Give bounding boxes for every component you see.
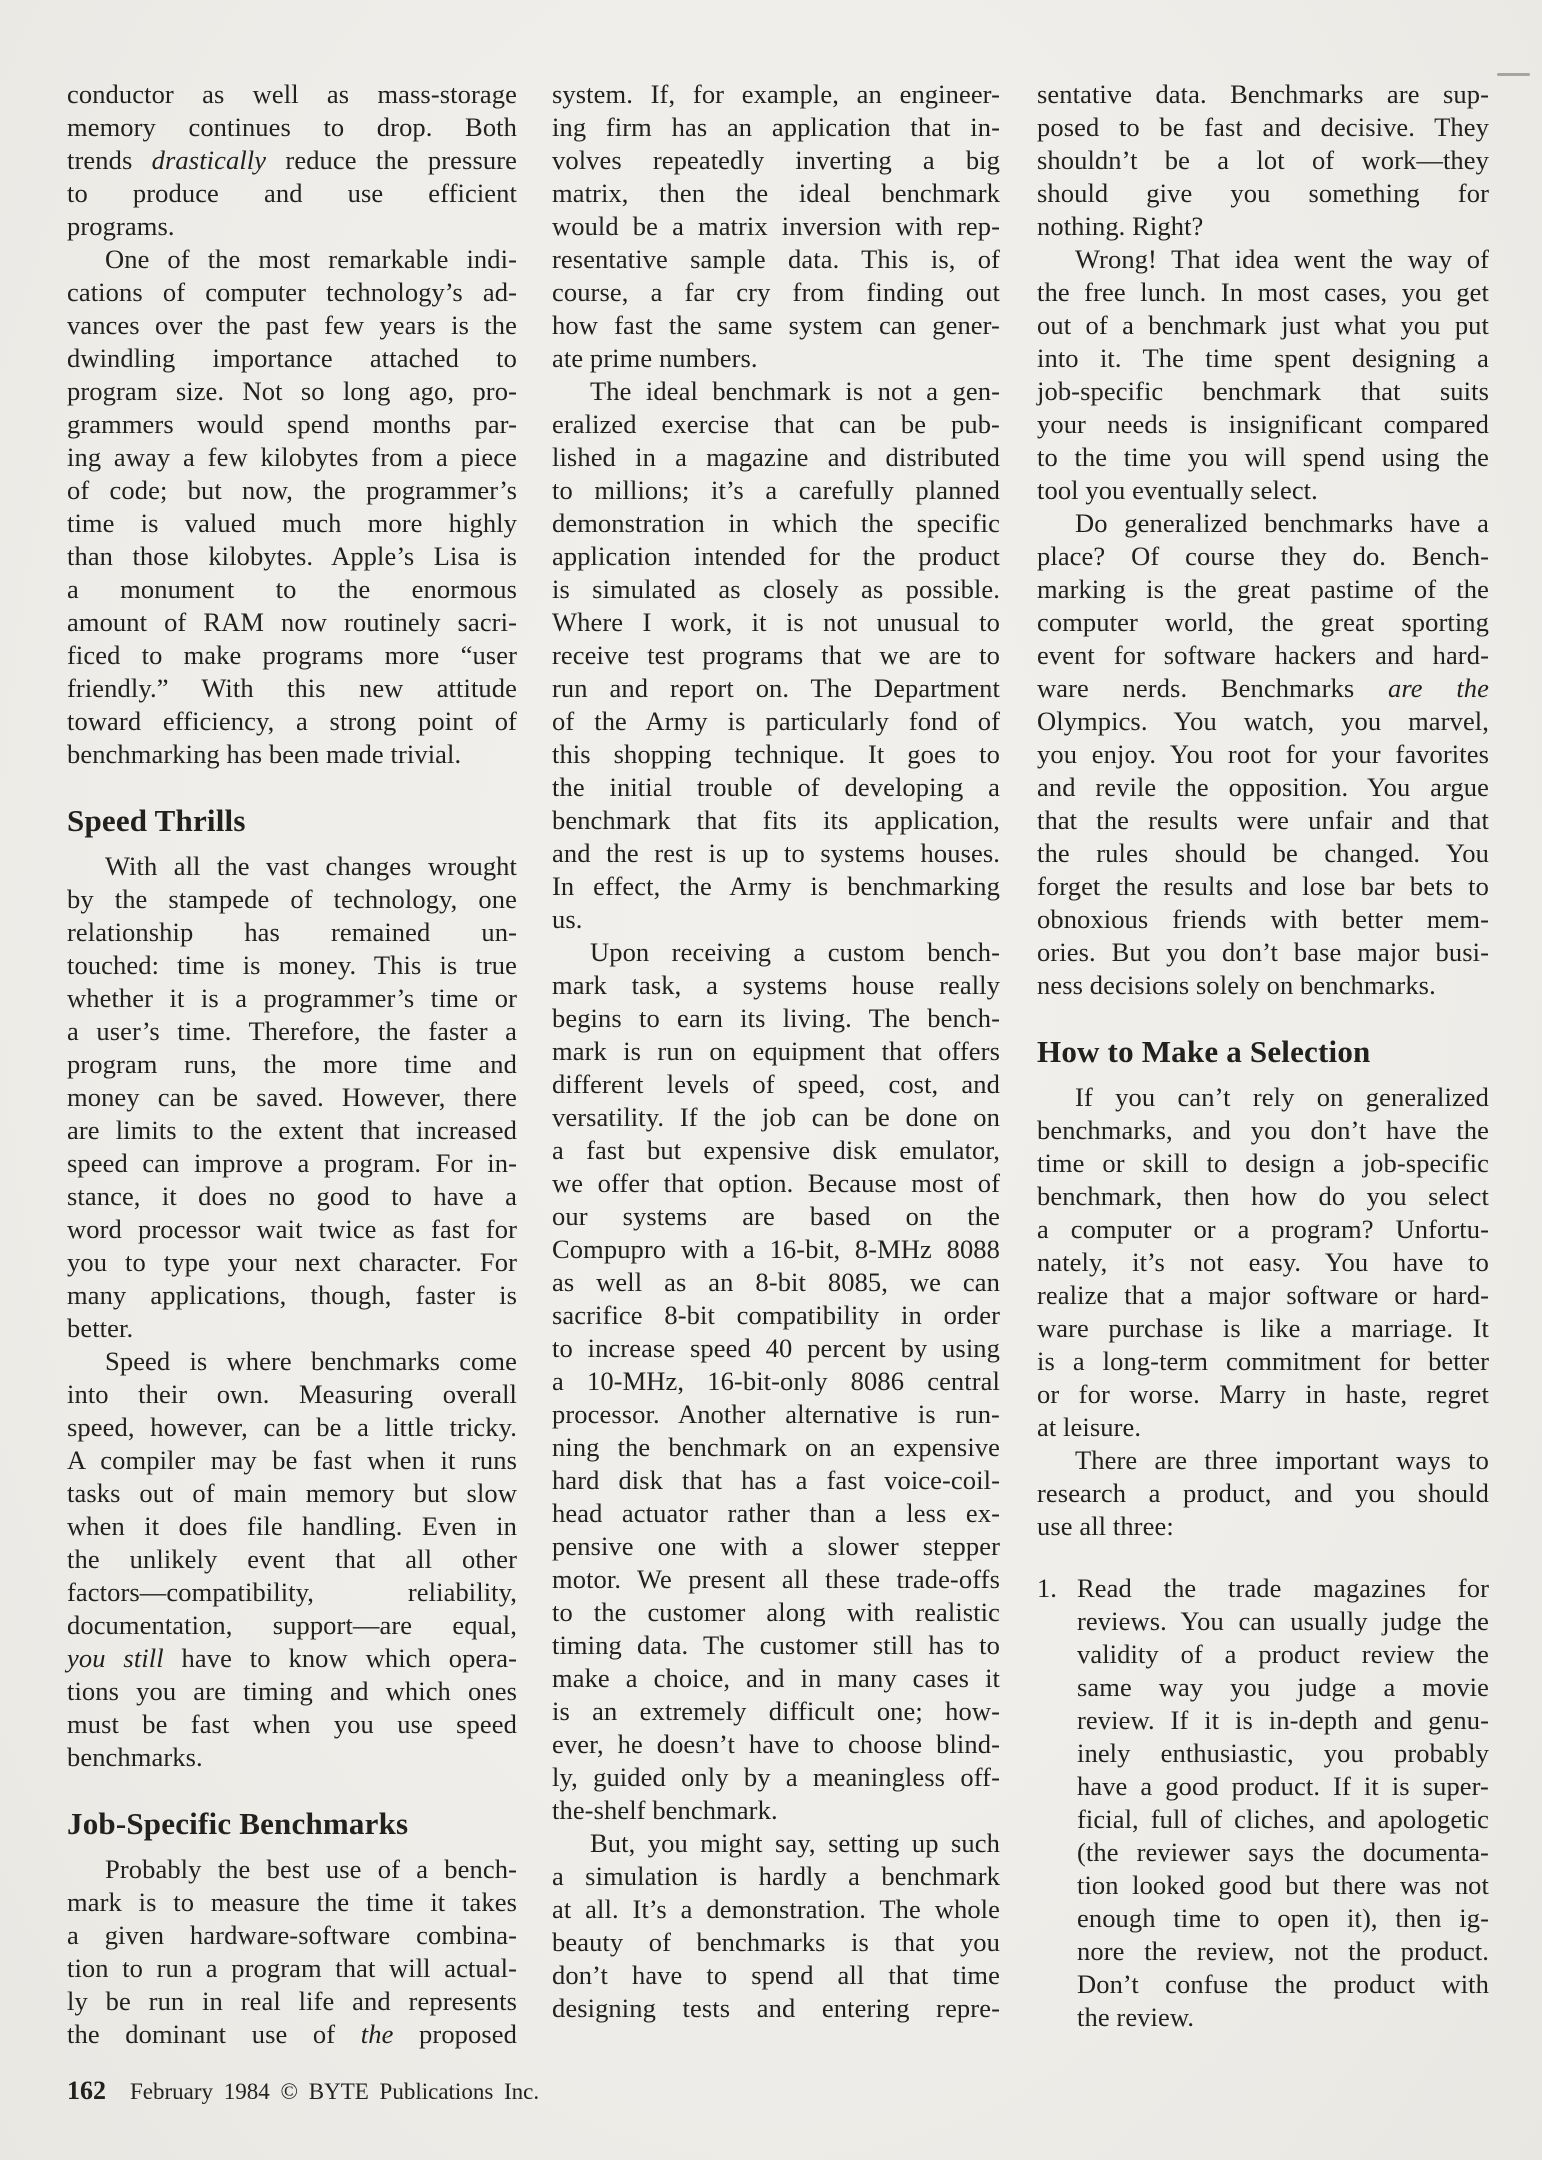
column-right: sentative data. Benchmarks are sup-posed… [1037, 78, 1489, 2034]
text-line: dwindling importance attached to [67, 342, 517, 375]
text-line: course, a far cry from finding out [552, 276, 1000, 309]
text-line: place? Of course they do. Bench- [1037, 540, 1489, 573]
text-line: One of the most remarkable indi- [67, 243, 517, 276]
text-line: shouldn’t be a lot of work—they [1037, 144, 1489, 177]
text-line: you still have to know which opera- [67, 1642, 517, 1675]
paragraph: Do generalized benchmarks have aplace? O… [1037, 507, 1489, 1002]
text-line: Don’t confuse the product with [1077, 1968, 1489, 2001]
paragraph: One of the most remarkable indi-cations … [67, 243, 517, 771]
text-line: nately, it’s not easy. You have to [1037, 1246, 1489, 1279]
text-line: ing away a few kilobytes from a piece [67, 441, 517, 474]
text-line: Upon receiving a custom bench- [552, 936, 1000, 969]
paragraph: Wrong! That idea went the way ofthe free… [1037, 243, 1489, 507]
text-line: Probably the best use of a bench- [67, 1853, 517, 1886]
text-line: or for worse. Marry in haste, regret [1037, 1378, 1489, 1411]
text-line: word processor wait twice as fast for [67, 1213, 517, 1246]
text-line: the-shelf benchmark. [552, 1794, 1000, 1827]
text-line: tions you are timing and which ones [67, 1675, 517, 1708]
text-line: a monument to the enormous [67, 573, 517, 606]
text-line: the dominant use of the proposed [67, 2018, 517, 2051]
text-line: at leisure. [1037, 1411, 1489, 1444]
column-middle: system. If, for example, an engineer-ing… [552, 78, 1000, 2025]
text-line: ness decisions solely on benchmarks. [1037, 969, 1489, 1002]
paragraph: But, you might say, setting up sucha sim… [552, 1827, 1000, 2025]
text-line: is an extremely difficult one; how- [552, 1695, 1000, 1728]
text-line: to millions; it’s a carefully planned [552, 474, 1000, 507]
text-line: matrix, then the ideal benchmark [552, 177, 1000, 210]
text-line: use all three: [1037, 1510, 1489, 1543]
text-line: friendly.” With this new attitude [67, 672, 517, 705]
text-line: head actuator rather than a less ex- [552, 1497, 1000, 1530]
text-line: sentative data. Benchmarks are sup- [1037, 78, 1489, 111]
text-line: Compupro with a 16-bit, 8-MHz 8088 [552, 1233, 1000, 1266]
text-line: validity of a product review the [1077, 1638, 1489, 1671]
magazine-page: conductor as well as mass-storagememory … [0, 0, 1542, 2160]
text-line: There are three important ways to [1037, 1444, 1489, 1477]
text-line: cations of computer technology’s ad- [67, 276, 517, 309]
text-line: benchmark, then how do you select [1037, 1180, 1489, 1213]
text-line: different levels of speed, cost, and [552, 1068, 1000, 1101]
text-line: Wrong! That idea went the way of [1037, 243, 1489, 276]
text-line: the unlikely event that all other [67, 1543, 517, 1576]
text-line: conductor as well as mass-storage [67, 78, 517, 111]
text-line: ficed to make programs more “user [67, 639, 517, 672]
text-line: we offer that option. Because most of [552, 1167, 1000, 1200]
text-line: eralized exercise that can be pub- [552, 408, 1000, 441]
text-line: ware purchase is like a marriage. It [1037, 1312, 1489, 1345]
text-line: system. If, for example, an engineer- [552, 78, 1000, 111]
list-marker: 1. [1037, 1572, 1057, 1605]
text-line: a user’s time. Therefore, the faster a [67, 1015, 517, 1048]
text-line: speed can improve a program. For in- [67, 1147, 517, 1180]
text-line: many applications, though, faster is [67, 1279, 517, 1312]
paragraph: Probably the best use of a bench-mark is… [67, 1853, 517, 2051]
text-line: ware nerds. Benchmarks are the [1037, 672, 1489, 705]
text-line: ning the benchmark on an expensive [552, 1431, 1000, 1464]
text-line: the rules should be changed. You [1037, 837, 1489, 870]
text-line: benchmarks. [67, 1741, 517, 1774]
text-line: don’t have to spend all that time [552, 1959, 1000, 1992]
text-line: But, you might say, setting up such [552, 1827, 1000, 1860]
text-line: you to type your next character. For [67, 1246, 517, 1279]
paragraph: There are three important ways toresearc… [1037, 1444, 1489, 1543]
text-line: a 10-MHz, 16-bit-only 8086 central [552, 1365, 1000, 1398]
paragraph: With all the vast changes wroughtby the … [67, 850, 517, 1345]
text-line: ories. But you don’t base major busi- [1037, 936, 1489, 969]
text-line: resentative sample data. This is, of [552, 243, 1000, 276]
text-line: ing firm has an application that in- [552, 111, 1000, 144]
text-line: review. If it is in-depth and genu- [1077, 1704, 1489, 1737]
text-line: research a product, and you should [1037, 1477, 1489, 1510]
text-line: stance, it does no good to have a [67, 1180, 517, 1213]
text-line: documentation, support—are equal, [67, 1609, 517, 1642]
text-line: timing data. The customer still has to [552, 1629, 1000, 1662]
text-line: a computer or a program? Unfortu- [1037, 1213, 1489, 1246]
text-line: a given hardware-software combina- [67, 1919, 517, 1952]
text-line: is a long-term commitment for better [1037, 1345, 1489, 1378]
text-line: ate prime numbers. [552, 342, 1000, 375]
text-line: when it does file handling. Even in [67, 1510, 517, 1543]
text-line: posed to be fast and decisive. They [1037, 111, 1489, 144]
text-line: are limits to the extent that increased [67, 1114, 517, 1147]
text-line: Where I work, it is not unusual to [552, 606, 1000, 639]
paragraph: system. If, for example, an engineer-ing… [552, 78, 1000, 375]
list-item: 1.Read the trade magazines forreviews. Y… [1037, 1572, 1489, 2034]
text-line: you enjoy. You root for your favorites [1037, 738, 1489, 771]
text-line: relationship has remained un- [67, 916, 517, 949]
text-line: and the rest is up to systems houses. [552, 837, 1000, 870]
text-line: to the time you will spend using the [1037, 441, 1489, 474]
text-line: Read the trade magazines for [1077, 1572, 1489, 1605]
text-line: begins to earn its living. The bench- [552, 1002, 1000, 1035]
text-line: Olympics. You watch, you marvel, [1037, 705, 1489, 738]
text-line: into their own. Measuring overall [67, 1378, 517, 1411]
text-line: programs. [67, 210, 517, 243]
section-heading: Speed Thrills [67, 801, 517, 841]
text-line: the free lunch. In most cases, you get [1037, 276, 1489, 309]
text-line: of the Army is particularly fond of [552, 705, 1000, 738]
text-line: our systems are based on the [552, 1200, 1000, 1233]
text-line: beauty of benchmarks is that you [552, 1926, 1000, 1959]
text-line: If you can’t rely on generalized [1037, 1081, 1489, 1114]
text-line: tion to run a program that will actual- [67, 1952, 517, 1985]
text-line: money can be saved. However, there [67, 1081, 517, 1114]
text-line: In effect, the Army is benchmarking [552, 870, 1000, 903]
text-line: as well as an 8-bit 8085, we can [552, 1266, 1000, 1299]
text-line: A compiler may be fast when it runs [67, 1444, 517, 1477]
text-line: a simulation is hardly a benchmark [552, 1860, 1000, 1893]
text-line: realize that a major software or hard- [1037, 1279, 1489, 1312]
text-line: forget the results and lose bar bets to [1037, 870, 1489, 903]
text-line: and revile the opposition. You argue [1037, 771, 1489, 804]
text-line: is simulated as closely as possible. [552, 573, 1000, 606]
text-line: touched: time is money. This is true [67, 949, 517, 982]
text-line: tasks out of main memory but slow [67, 1477, 517, 1510]
section-heading: Job-Specific Benchmarks [67, 1804, 517, 1844]
text-line: designing tests and entering repre- [552, 1992, 1000, 2025]
text-line: ly be run in real life and represents [67, 1985, 517, 2018]
text-line: amount of RAM now routinely sacri- [67, 606, 517, 639]
text-line: toward efficiency, a strong point of [67, 705, 517, 738]
text-line: factors—compatibility, reliability, [67, 1576, 517, 1609]
text-line: program runs, the more time and [67, 1048, 517, 1081]
text-line: reviews. You can usually judge the [1077, 1605, 1489, 1638]
text-line: better. [67, 1312, 517, 1345]
text-line: the review. [1077, 2001, 1489, 2034]
text-line: how fast the same system can gener- [552, 309, 1000, 342]
text-line: vances over the past few years is the [67, 309, 517, 342]
text-line: a fast but expensive disk emulator, [552, 1134, 1000, 1167]
text-line: by the stampede of technology, one [67, 883, 517, 916]
text-line: lished in a magazine and distributed [552, 441, 1000, 474]
text-line: application intended for the product [552, 540, 1000, 573]
text-line: benchmarks, and you don’t have the [1037, 1114, 1489, 1147]
text-line: ficial, full of cliches, and apologetic [1077, 1803, 1489, 1836]
text-line: that the results were unfair and that [1037, 804, 1489, 837]
paragraph: sentative data. Benchmarks are sup-posed… [1037, 78, 1489, 243]
text-line: to the customer along with realistic [552, 1596, 1000, 1629]
text-line: have a good product. If it is super- [1077, 1770, 1489, 1803]
text-line: whether it is a programmer’s time or [67, 982, 517, 1015]
text-line: to produce and use efficient [67, 177, 517, 210]
text-line: pensive one with a slower stepper [552, 1530, 1000, 1563]
text-line: nothing. Right? [1037, 210, 1489, 243]
text-line: nore the review, not the product. [1077, 1935, 1489, 1968]
text-line: ly, guided only by a meaningless off- [552, 1761, 1000, 1794]
paragraph: Speed is where benchmarks comeinto their… [67, 1345, 517, 1774]
text-line: mark is run on equipment that offers [552, 1035, 1000, 1068]
text-line: program size. Not so long ago, pro- [67, 375, 517, 408]
text-line: obnoxious friends with better mem- [1037, 903, 1489, 936]
paragraph: The ideal benchmark is not a gen-eralize… [552, 375, 1000, 936]
text-line: volves repeatedly inverting a big [552, 144, 1000, 177]
text-line: into it. The time spent designing a [1037, 342, 1489, 375]
scan-dash-artifact [1497, 73, 1530, 76]
text-line: event for software hackers and hard- [1037, 639, 1489, 672]
text-line: must be fast when you use speed [67, 1708, 517, 1741]
text-line: mark is to measure the time it takes [67, 1886, 517, 1919]
text-line: of code; but now, the programmer’s [67, 474, 517, 507]
text-line: inely enthusiastic, you probably [1077, 1737, 1489, 1770]
text-line: With all the vast changes wrought [67, 850, 517, 883]
text-line: than those kilobytes. Apple’s Lisa is [67, 540, 517, 573]
paragraph: Upon receiving a custom bench-mark task,… [552, 936, 1000, 1827]
text-line: the initial trouble of developing a [552, 771, 1000, 804]
text-line: to increase speed 40 percent by using [552, 1332, 1000, 1365]
text-line: (the reviewer says the documenta- [1077, 1836, 1489, 1869]
footer-credit: February 1984 © BYTE Publications Inc. [130, 2079, 539, 2104]
column-left: conductor as well as mass-storagememory … [67, 78, 517, 2051]
text-line: benchmark that fits its application, [552, 804, 1000, 837]
text-line: motor. We present all these trade-offs [552, 1563, 1000, 1596]
text-line: at all. It’s a demonstration. The whole [552, 1893, 1000, 1926]
text-line: The ideal benchmark is not a gen- [552, 375, 1000, 408]
page-number: 162 [67, 2076, 106, 2105]
text-line: memory continues to drop. Both [67, 111, 517, 144]
text-line: benchmarking has been made trivial. [67, 738, 517, 771]
text-line: enough time to open it), then ig- [1077, 1902, 1489, 1935]
text-line: run and report on. The Department [552, 672, 1000, 705]
text-line: should give you something for [1037, 177, 1489, 210]
text-line: would be a matrix inversion with rep- [552, 210, 1000, 243]
text-line: this shopping technique. It goes to [552, 738, 1000, 771]
text-line: marking is the great pastime of the [1037, 573, 1489, 606]
text-line: same way you judge a movie [1077, 1671, 1489, 1704]
paragraph: If you can’t rely on generalizedbenchmar… [1037, 1081, 1489, 1444]
text-line: tool you eventually select. [1037, 474, 1489, 507]
text-line: processor. Another alternative is run- [552, 1398, 1000, 1431]
page-footer: 162February 1984 © BYTE Publications Inc… [67, 2076, 539, 2106]
text-line: Speed is where benchmarks come [67, 1345, 517, 1378]
paragraph: conductor as well as mass-storagememory … [67, 78, 517, 243]
text-line: ever, he doesn’t have to choose blind- [552, 1728, 1000, 1761]
text-line: demonstration in which the specific [552, 507, 1000, 540]
text-line: hard disk that has a fast voice-coil- [552, 1464, 1000, 1497]
text-line: out of a benchmark just what you put [1037, 309, 1489, 342]
text-line: computer world, the great sporting [1037, 606, 1489, 639]
text-line: trends drastically reduce the pressure [67, 144, 517, 177]
text-line: speed, however, can be a little tricky. [67, 1411, 517, 1444]
text-line: time or skill to design a job-specific [1037, 1147, 1489, 1180]
text-line: versatility. If the job can be done on [552, 1101, 1000, 1134]
text-line: job-specific benchmark that suits [1037, 375, 1489, 408]
text-line: Do generalized benchmarks have a [1037, 507, 1489, 540]
text-line: us. [552, 903, 1000, 936]
text-line: tion looked good but there was not [1077, 1869, 1489, 1902]
text-line: sacrifice 8-bit compatibility in order [552, 1299, 1000, 1332]
text-line: time is valued much more highly [67, 507, 517, 540]
text-line: make a choice, and in many cases it [552, 1662, 1000, 1695]
text-line: receive test programs that we are to [552, 639, 1000, 672]
text-line: your needs is insignificant compared [1037, 408, 1489, 441]
text-line: mark task, a systems house really [552, 969, 1000, 1002]
section-heading: How to Make a Selection [1037, 1032, 1489, 1072]
text-line: grammers would spend months par- [67, 408, 517, 441]
